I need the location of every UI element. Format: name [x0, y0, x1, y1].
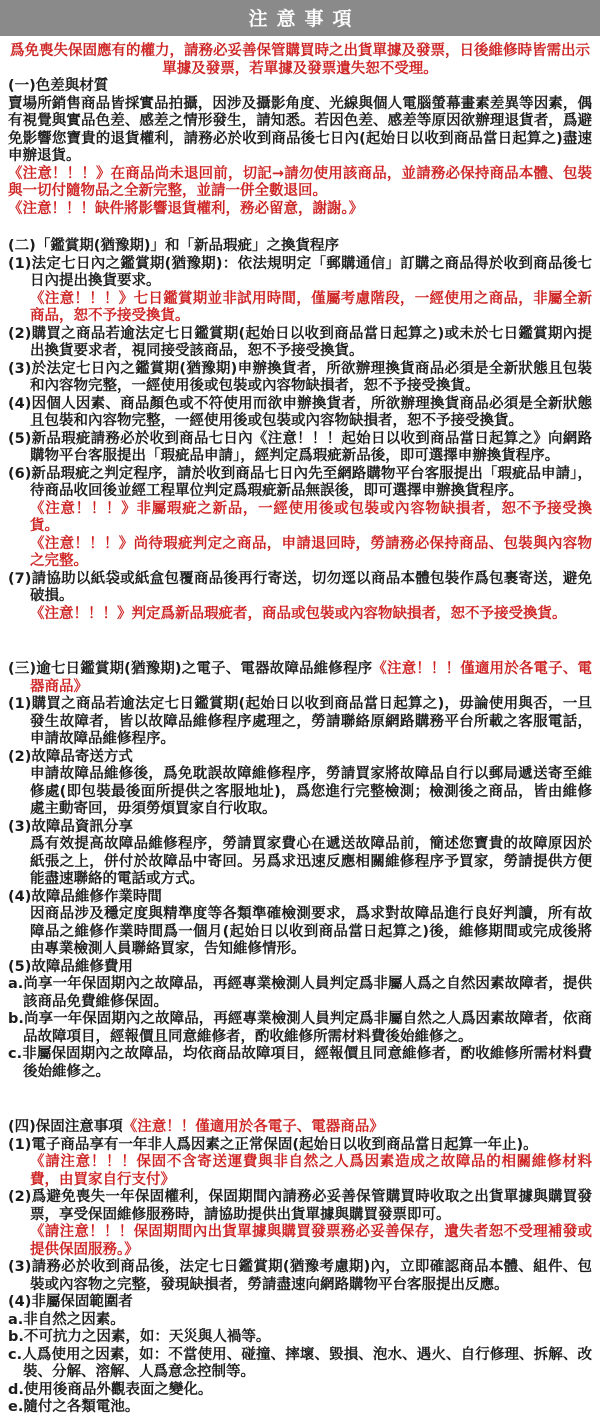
section3-item-3: (3)故障品資訊分享	[8, 819, 592, 837]
paragraph-text: 《注意！！！》判定爲新品瑕疵者，商品或包裝或內容物缺損者，恕不予接受換貨。	[30, 606, 567, 622]
paragraph-text: (1)購買之商品若逾法定七日鑑賞期(起始日以收到商品當日起算之)，毋論使用與否，…	[8, 696, 592, 747]
section4-item-3: (3)請務必於收到商品後，法定七日鑑賞期(猶豫考慮期)內，立即確認商品本體、組件…	[8, 1259, 592, 1294]
paragraph-text: a.非自然之因素。	[8, 1312, 125, 1328]
section4-item-4: (4)非屬保固範圍者	[8, 1294, 592, 1312]
paragraph-text: 申請故障品維修後，爲免耽誤故障維修程序，勞請買家將故障品自行以郵局遞送寄至維修處…	[30, 766, 592, 817]
paragraph-text: (四)保固注意事項	[8, 1119, 123, 1135]
section3-item-4-body: 因商品涉及穩定度與精準度等各類準確檢測要求，爲求對故障品進行良好判讀，所有故障品…	[8, 906, 592, 959]
section1-note-1: 《注意！！！》在商品尚未退回前，切記→請勿使用該商品，並請務必保持商品本體、包裝…	[8, 166, 592, 201]
section3-item-3-body: 爲有效提高故障品維修程序，勞請買家費心在遞送故障品前，簡述您寶貴的故障原因於紙張…	[8, 836, 592, 889]
section3-item-4: (4)故障品維修作業時間	[8, 889, 592, 907]
paragraph-text: (3)故障品資訊分享	[8, 819, 133, 835]
section1-body: 賣場所銷售商品皆採實品拍攝，因涉及攝影角度、光線與個人電腦螢幕畫素差異等因素，偶…	[8, 96, 592, 166]
section2-item-1: (1)法定七日內之鑑賞期(猶豫期)：依法規明定「郵購通信」訂購之商品得於收到商品…	[8, 256, 592, 291]
paragraph-text: 《注意！！！》七日鑑賞期並非試用時間，僅屬考慮階段，一經使用之商品，非屬全新商品…	[30, 291, 592, 325]
section4-item-4d: d.使用後商品外觀表面之變化。	[8, 1382, 592, 1400]
section2-note-1: 《注意！！！》七日鑑賞期並非試用時間，僅屬考慮階段，一經使用之商品，非屬全新商品…	[8, 291, 592, 326]
paragraph-text: (4)非屬保固範圍者	[8, 1294, 133, 1310]
paragraph-text: 爲有效提高故障品維修程序，勞請買家費心在遞送故障品前，簡述您寶貴的故障原因於紙張…	[30, 836, 592, 887]
section4-item-2: (2)爲避免喪失一年保固權利，保固期間內請務必妥善保管購買時收取之出貨單據與購買…	[8, 1189, 592, 1224]
section4-item-4e: e.隨付之各類電池。	[8, 1399, 592, 1417]
section2-item-4: (4)因個人因素、商品顏色或不符使用而欲申辦換貨者，所欲辦理換貨商品必須是全新狀…	[8, 396, 592, 431]
section4-note-2: 《請注意！！！保固期間內出貨單據與購買發票務必妥善保存，遺失者恕不受理補發或提供…	[8, 1224, 592, 1259]
section3-item-2-body: 申請故障品維修後，爲免耽誤故障維修程序，勞請買家將故障品自行以郵局遞送寄至維修處…	[8, 766, 592, 819]
paragraph-text: (1)法定七日內之鑑賞期(猶豫期)：依法規明定「郵購通信」訂購之商品得於收到商品…	[8, 256, 592, 290]
paragraph-text: (7)請協助以紙袋或紙盒包覆商品後再行寄送，切勿逕以商品本體包裝作爲包裹寄送，避…	[8, 571, 592, 605]
paragraph-text: (3)於法定七日內之鑑賞期(猶豫期)申辦換貨者，所欲辦理換貨商品必須是全新狀態且…	[8, 361, 592, 395]
section2-item-2: (2)購買之商品若逾法定七日鑑賞期(起始日以收到商品當日起算之)或未於七日鑑賞期…	[8, 326, 592, 361]
section3-item-1: (1)購買之商品若逾法定七日鑑賞期(起始日以收到商品當日起算之)，毋論使用與否，…	[8, 696, 592, 749]
section2-note-4: 《注意！！！》判定爲新品瑕疵者，商品或包裝或內容物缺損者，恕不予接受換貨。	[8, 606, 592, 624]
section4-item-4c: c.人爲使用之因素，如：不當使用、碰撞、摔壞、毀損、泡水、遇火、自行修理、拆解、…	[8, 1347, 592, 1382]
inline-red-note: 《注意！！僅適用於各電子、電器商品》	[123, 1119, 384, 1135]
page-title-text: 注意事項	[248, 8, 360, 30]
section4-item-4a: a.非自然之因素。	[8, 1312, 592, 1330]
section2-note-3: 《注意！！！》尚待瑕疵判定之商品，申請退回時，勞請務必保持商品、包裝與內容物之完…	[8, 536, 592, 571]
section4-item-4b: b.不可抗力之因素，如：天災與人禍等。	[8, 1329, 592, 1347]
paragraph-text: d.使用後商品外觀表面之變化。	[8, 1382, 212, 1398]
section3-item-5: (5)故障品維修費用	[8, 959, 592, 977]
paragraph-text: c.人爲使用之因素，如：不當使用、碰撞、摔壞、毀損、泡水、遇火、自行修理、拆解、…	[8, 1347, 592, 1381]
section4-note-1: 《請注意！！！保固不含寄送運費與非自然之人爲因素造成之故障品的相關維修材料費，由…	[8, 1154, 592, 1189]
section3-item-5a: a.尚享一年保固期內之故障品，再經專業檢測人員判定爲非屬人爲之自然因素故障者，提…	[8, 976, 592, 1011]
intro-warning: 爲免喪失保固應有的權力，請務必妥善保管購買時之出貨單據及發票，日後維修時皆需出示…	[8, 43, 592, 78]
section3-title: (三)逾七日鑑賞期(猶豫期)之電子、電器故障品維修程序《注意！！！僅適用於各電子…	[8, 661, 592, 696]
section3-item-5b: b.尚享一年保固期內之故障品，再經專業檢測人員判定爲非屬自然之人爲因素故障者，依…	[8, 1011, 592, 1046]
paragraph-text: 因商品涉及穩定度與精準度等各類準確檢測要求，爲求對故障品進行良好判讀，所有故障品…	[30, 906, 592, 957]
paragraph-text: (4)因個人因素、商品顏色或不符使用而欲申辦換貨者，所欲辦理換貨商品必須是全新狀…	[8, 396, 592, 430]
paragraph-text: 賣場所銷售商品皆採實品拍攝，因涉及攝影角度、光線與個人電腦螢幕畫素差異等因素，偶…	[8, 96, 592, 165]
paragraph-text: (5)新品瑕疵請務必於收到商品七日內《注意！！！起始日以收到商品當日起算之》向網…	[8, 431, 592, 465]
section1-title: (一)色差與材質	[8, 78, 592, 96]
paragraph-text: 《注意！！！缺件將影響退貨權利，務必留意，謝謝。》	[8, 201, 363, 217]
section2-item-7: (7)請協助以紙袋或紙盒包覆商品後再行寄送，切勿逕以商品本體包裝作爲包裹寄送，避…	[8, 571, 592, 606]
section2-item-6: (6)新品瑕疵之判定程序，請於收到商品七日內先至網路購物平台客服提出「瑕疵品申請…	[8, 466, 592, 501]
section4-title: (四)保固注意事項《注意！！僅適用於各電子、電器商品》	[8, 1119, 592, 1137]
paragraph-text: (2)爲避免喪失一年保固權利，保固期間內請務必妥善保管購買時收取之出貨單據與購買…	[8, 1189, 592, 1223]
paragraph-text: (三)逾七日鑑賞期(猶豫期)之電子、電器故障品維修程序	[8, 661, 372, 677]
section2-item-3: (3)於法定七日內之鑑賞期(猶豫期)申辦換貨者，所欲辦理換貨商品必須是全新狀態且…	[8, 361, 592, 396]
paragraph-text: 《請注意！！！保固期間內出貨單據與購買發票務必妥善保存，遺失者恕不受理補發或提供…	[30, 1224, 592, 1258]
paragraph-text: (一)色差與材質	[8, 78, 108, 94]
page-title: 注意事項	[0, 0, 600, 36]
paragraph-text: c.非屬保固期內之故障品，均依商品故障項目，經報價且同意維修者，酌收維修所需材料…	[8, 1046, 592, 1080]
paragraph-text: 《注意！！！》尚待瑕疵判定之商品，申請退回時，勞請務必保持商品、包裝與內容物之完…	[30, 536, 592, 570]
section2-title: (二)「鑑賞期(猶豫期)」和「新品瑕疵」之換貨程序	[8, 238, 592, 256]
section3-item-2: (2)故障品寄送方式	[8, 749, 592, 767]
paragraph-text: (4)故障品維修作業時間	[8, 889, 162, 905]
paragraph-text: (1)電子商品享有一年非人爲因素之正常保固(起始日以收到商品當日起算一年止)。	[8, 1137, 538, 1153]
paragraph-text: b.不可抗力之因素，如：天災與人禍等。	[8, 1329, 270, 1345]
paragraph-text: b.尚享一年保固期內之故障品，再經專業檢測人員判定爲非屬自然之人爲因素故障者，依…	[8, 1011, 592, 1045]
paragraph-text: 爲免喪失保固應有的權力，請務必妥善保管購買時之出貨單據及發票，日後維修時皆需出示…	[10, 43, 590, 77]
paragraph-text: (6)新品瑕疵之判定程序，請於收到商品七日內先至網路購物平台客服提出「瑕疵品申請…	[8, 466, 592, 500]
section4-item-1: (1)電子商品享有一年非人爲因素之正常保固(起始日以收到商品當日起算一年止)。	[8, 1137, 592, 1155]
paragraph-text: 《請注意！！！保固不含寄送運費與非自然之人爲因素造成之故障品的相關維修材料費，由…	[30, 1154, 592, 1188]
section1-note-2: 《注意！！！缺件將影響退貨權利，務必留意，謝謝。》	[8, 201, 592, 219]
paragraph-text: (2)故障品寄送方式	[8, 749, 133, 765]
section2-item-5: (5)新品瑕疵請務必於收到商品七日內《注意！！！起始日以收到商品當日起算之》向網…	[8, 431, 592, 466]
section3-item-5c: c.非屬保固期內之故障品，均依商品故障項目，經報價且同意維修者，酌收維修所需材料…	[8, 1046, 592, 1081]
notice-document: 爲免喪失保固應有的權力，請務必妥善保管購買時之出貨單據及發票，日後維修時皆需出示…	[0, 43, 600, 1427]
paragraph-text: (5)故障品維修費用	[8, 959, 133, 975]
section2-note-2: 《注意！！！》非屬瑕疵之新品，一經使用後或包裝或內容物缺損者，恕不予接受換貨。	[8, 501, 592, 536]
paragraph-text: (3)請務必於收到商品後，法定七日鑑賞期(猶豫考慮期)內，立即確認商品本體、組件…	[8, 1259, 592, 1293]
paragraph-text: a.尚享一年保固期內之故障品，再經專業檢測人員判定爲非屬人爲之自然因素故障者，提…	[8, 976, 592, 1010]
paragraph-text: 《注意！！！》在商品尚未退回前，切記→請勿使用該商品，並請務必保持商品本體、包裝…	[8, 166, 592, 200]
paragraph-text: (二)「鑑賞期(猶豫期)」和「新品瑕疵」之換貨程序	[8, 238, 339, 254]
paragraph-text: 《注意！！！》非屬瑕疵之新品，一經使用後或包裝或內容物缺損者，恕不予接受換貨。	[30, 501, 592, 535]
paragraph-text: e.隨付之各類電池。	[8, 1399, 139, 1415]
paragraph-text: (2)購買之商品若逾法定七日鑑賞期(起始日以收到商品當日起算之)或未於七日鑑賞期…	[8, 326, 592, 360]
